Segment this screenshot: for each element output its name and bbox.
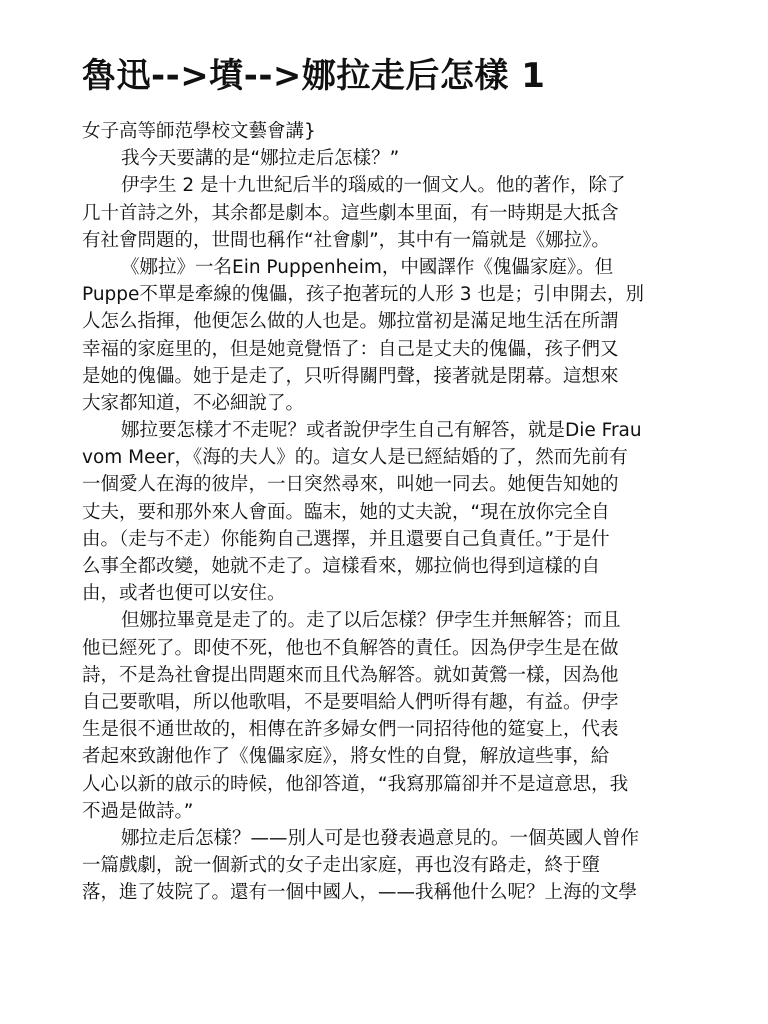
- text-line: 《娜拉》一名Ein Puppenheim，中國譯作《傀儡家庭》。但: [82, 254, 688, 281]
- text-line: 由，或者也便可以安住。: [82, 580, 688, 607]
- text-line: 他已經死了。即使不死，他也不負解答的責任。因為伊孛生是在做: [82, 635, 688, 662]
- text-line: 伊孛生 2 是十九世紀后半的瑙威的一個文人。他的著作，除了: [82, 172, 688, 199]
- text-line: vom Meer，《海的夫人》的。這女人是已經結婚的了，然而先前有: [82, 444, 688, 471]
- text-line: Puppe不單是牽線的傀儡，孩子抱著玩的人形 3 也是；引申開去，別: [82, 281, 688, 308]
- text-line: 不過是做詩。”: [82, 798, 688, 825]
- text-line: 自己要歌唱，所以他歌唱，不是要唱給人們听得有趣，有益。伊孛: [82, 689, 688, 716]
- text-line: 我今天要講的是“娜拉走后怎樣？”: [82, 145, 688, 172]
- text-line: 娜拉要怎樣才不走呢？或者說伊孛生自己有解答，就是Die Frau: [82, 417, 688, 444]
- text-line: 么事全都改變，她就不走了。這樣看來，娜拉倘也得到這樣的自: [82, 553, 688, 580]
- text-line: 一篇戲劇，說一個新式的女子走出家庭，再也沒有路走，終于墮: [82, 852, 688, 879]
- text-line: 大家都知道，不必細說了。: [82, 390, 688, 417]
- document-page: 魯迅-->墳-->娜拉走后怎樣 1 女子高等師范學校文藝會講} 我今天要講的是“…: [82, 48, 688, 906]
- text-line: 丈夫，要和那外來人會面。臨末，她的丈夫說，“現在放你完全自: [82, 499, 688, 526]
- text-line: 但娜拉畢竟是走了的。走了以后怎樣？伊孛生并無解答；而且: [82, 607, 688, 634]
- text-line: 女子高等師范學校文藝會講}: [82, 118, 688, 145]
- text-line: 娜拉走后怎樣？——別人可是也發表過意見的。一個英國人曾作: [82, 825, 688, 852]
- text-line: 詩，不是為社會提出問題來而且代為解答。就如黃鶯一樣，因為他: [82, 662, 688, 689]
- document-body: 女子高等師范學校文藝會講} 我今天要講的是“娜拉走后怎樣？” 伊孛生 2 是十九…: [82, 118, 688, 906]
- text-line: 生是很不通世故的，相傳在許多婦女們一同招待他的筵宴上，代表: [82, 716, 688, 743]
- text-line: 落，進了妓院了。還有一個中國人，——我稱他什么呢？上海的文學: [82, 879, 688, 906]
- text-line: 有社會問題的，世間也稱作“社會劇”，其中有一篇就是《娜拉》。: [82, 227, 688, 254]
- text-line: 几十首詩之外，其余都是劇本。這些劇本里面，有一時期是大抵含: [82, 200, 688, 227]
- text-line: 幸福的家庭里的，但是她竟覺悟了：自己是丈夫的傀儡，孩子們又: [82, 336, 688, 363]
- text-line: 者起來致謝他作了《傀儡家庭》，將女性的自覺，解放這些事，給: [82, 743, 688, 770]
- text-line: 人心以新的啟示的時候，他卻答道，“我寫那篇卻并不是這意思，我: [82, 771, 688, 798]
- document-title: 魯迅-->墳-->娜拉走后怎樣 1: [82, 48, 688, 104]
- text-line: 由。（走与不走）你能夠自己選擇，并且還要自己負責任。”于是什: [82, 526, 688, 553]
- text-line: 人怎么指揮，他便怎么做的人也是。娜拉當初是滿足地生活在所謂: [82, 308, 688, 335]
- text-line: 一個愛人在海的彼岸，一日突然尋來，叫她一同去。她便告知她的: [82, 471, 688, 498]
- text-line: 是她的傀儡。她于是走了，只听得關門聲，接著就是閉幕。這想來: [82, 363, 688, 390]
